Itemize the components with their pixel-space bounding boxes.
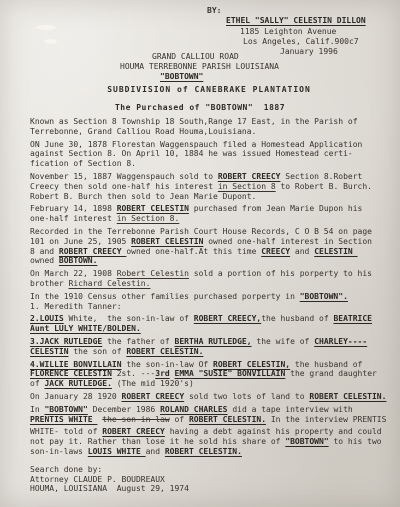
text-run: sold two lots of land to — [184, 392, 309, 401]
text-run: 1. Meredith Tanner: — [30, 302, 122, 311]
emphasized-name-text: ROBERT CREECY — [218, 172, 281, 181]
text-line: In the 1910 Census other families purcha… — [30, 292, 395, 302]
text-line: Search done by: — [30, 465, 395, 475]
text-line: FLORENCE CELESTIN 2st. ---3rd EMMA "SUSI… — [30, 369, 395, 379]
text-run: the husband of — [261, 314, 333, 323]
text-line: 1. Meredith Tanner: — [30, 302, 395, 312]
text-run: Creecy then sold one-half his interest — [30, 182, 218, 191]
text-line: Attorney CLAUDE P. BOUDREAUX — [30, 475, 395, 485]
paragraph: 3.JACK RUTLEDGE the father of BERTHA RUT… — [30, 337, 395, 357]
text-line: PRENTIS WHITE the son-in law of ROBERT C… — [30, 415, 395, 425]
paper-blemish — [44, 39, 57, 44]
document-body: Known as Section 8 Township 18 South,Ran… — [30, 117, 395, 497]
text-line: 2.LOUIS White, the son-in-law of ROBERT … — [30, 314, 395, 324]
text-line: son-in-laws LOUIS WHITE and ROBERT CELES… — [30, 447, 395, 457]
emphasized-name-text: ROLAND CHARLES — [160, 405, 227, 414]
text-run: the father of — [102, 337, 174, 346]
emphasized-name-text: BEATRICE — [333, 314, 372, 323]
text-run: On March 22, 1908 — [30, 269, 117, 278]
emphasized-name-text: ROBERT CELESTIN. — [165, 447, 242, 456]
document-title: SUBDIVISION of CANEBRAKE PLANTATION — [0, 85, 400, 94]
text-run: owned one-half.At this time — [126, 247, 261, 256]
address-line-1: 1185 Leighton Avenue — [240, 27, 336, 36]
text-line: Known as Section 8 Township 18 South,Ran… — [30, 117, 395, 127]
text-line: 3.JACK RUTLEDGE the father of BERTHA RUT… — [30, 337, 395, 347]
text-line: Aunt LULY WHITE/BOLDEN. — [30, 324, 395, 334]
text-line: 4.WILLIE BONVILLAIN the son-in-law Of RO… — [30, 360, 395, 370]
text-run: Attorney CLAUDE P. BOUDREAUX — [30, 475, 165, 484]
emphasized-name-text: "BOBTOWN" — [44, 405, 87, 414]
text-run: the wife of — [252, 337, 315, 346]
emphasized-name-text: ROBERT CELESTIN, — [213, 360, 290, 369]
text-line: Creecy then sold one-half his interest i… — [30, 182, 395, 192]
text-line: one-half interest in Section 8. — [30, 214, 395, 224]
by-label: BY: — [207, 6, 221, 15]
text-run: not pay it. Rather than lose it he sold … — [30, 437, 285, 446]
text-line: Terrebonne, Grand Calliou Road Houma,Lou… — [30, 127, 395, 137]
emphasized-name-text: ROBERT CELESTIN. — [189, 415, 266, 424]
text-run: Search done by: — [30, 465, 102, 474]
emphasized-name-text: 4.WILLIE BONVILLAIN — [30, 360, 122, 369]
text-line: fication of Section 8. — [30, 159, 395, 169]
emphasized-name-text: ROBERT CELESTIN — [131, 237, 203, 246]
text-run: 8 and — [30, 247, 59, 256]
paragraph: Known as Section 8 Township 18 South,Ran… — [30, 117, 395, 137]
paragraph: Search done by:Attorney CLAUDE P. BOUDRE… — [30, 465, 395, 494]
emphasized-name-text: ROBERT CREECY — [102, 427, 165, 436]
emphasized-name-text: CELESTIN — [314, 247, 357, 256]
emphasized-name-text: CELESTIN — [30, 347, 69, 356]
text-run: December 1986 — [88, 405, 160, 414]
text-run: Known as Section 8 Township 18 South,Ran… — [30, 117, 358, 126]
text-run: Recorded in the Terrebonne Parish Court … — [30, 227, 372, 236]
emphasized-name-text: LOUIS WHITE — [88, 447, 146, 456]
text-run: (The mid 1920's) — [112, 379, 194, 388]
text-run: and — [290, 247, 314, 256]
address-line-2: Los Angeles, Calif.900c7 — [243, 37, 359, 46]
text-run: the son of — [69, 347, 127, 356]
text-run: 2st. --- — [112, 369, 155, 378]
emphasized-name-text: BOBTOWN. — [59, 256, 98, 265]
text-run: having a debt against his property and c… — [165, 427, 382, 436]
text-run: In the interview PRENTIS — [266, 415, 386, 424]
emphasized-name-text: Aunt LULY WHITE/BOLDEN. — [30, 324, 141, 333]
text-line: 101 on June 25, 1905 ROBERT CELESTIN own… — [30, 237, 395, 247]
text-run: to his two — [329, 437, 382, 446]
text-line: brother Richard Celestin. — [30, 279, 395, 289]
text-line: February 14, 1898 ROBERT CELESTIN purcha… — [30, 204, 395, 214]
paper-blemish — [36, 25, 56, 30]
text-run: owned one-half interest in Section — [203, 237, 372, 246]
paragraph: WHITE- told of ROBERT CREECY having a de… — [30, 427, 395, 456]
emphasized-name-text: ROBERT CREECY — [59, 247, 126, 256]
document-subtitle: The Purchased of "BOBTOWN" 1887 — [0, 103, 400, 112]
location-line-2: HOUMA TERREBONNE PARISH LOUISIANA — [120, 62, 279, 71]
paragraph: On January 28 1920 ROBERT CREECY sold tw… — [30, 392, 395, 402]
text-run: February 14, 1898 — [30, 204, 117, 213]
emphasized-name-text: in Section 8. — [117, 214, 180, 223]
paragraph: On March 22, 1908 Robert Celestin sold a… — [30, 269, 395, 289]
text-line: of JACK RUTLEDGE. (The mid 1920's) — [30, 379, 395, 389]
text-run: November 15, 1887 Waggenspauch sold to — [30, 172, 218, 181]
emphasized-name-text: BERTHA RUTLEDGE, — [175, 337, 252, 346]
location-line-1: GRAND CALLIOU ROAD — [152, 52, 239, 61]
text-run: against Section 8. On April 10, 1884 he … — [30, 149, 353, 158]
text-line: owned BOBTOWN. — [30, 256, 395, 266]
text-line: On March 22, 1908 Robert Celestin sold a… — [30, 269, 395, 279]
text-run: of — [30, 379, 44, 388]
text-run: fication of Section 8. — [30, 159, 136, 168]
emphasized-name-text: EMMA "SUSIE" BONVILLAIN — [175, 369, 286, 378]
emphasized-name-text: FLORENCE CELESTIN — [30, 369, 112, 378]
emphasized-name-text: JACK RUTLEDGE. — [44, 379, 111, 388]
emphasized-name-text: 3rd — [155, 369, 169, 378]
emphasized-name-text: 3.JACK RUTLEDGE — [30, 337, 102, 346]
emphasized-name-text: ROBERT CREECY, — [194, 314, 261, 323]
text-run: On January 28 1920 — [30, 392, 122, 401]
paragraph: Recorded in the Terrebonne Parish Court … — [30, 227, 395, 266]
text-line: Recorded in the Terrebonne Parish Court … — [30, 227, 395, 237]
paragraph: 4.WILLIE BONVILLAIN the son-in-law Of RO… — [30, 360, 395, 389]
text-run: to Robert B. Burch. — [276, 182, 372, 191]
text-run: the husband of — [290, 360, 362, 369]
text-run: In — [30, 405, 44, 414]
emphasized-name-text: ROBERT CREECY — [122, 392, 185, 401]
location-line-3: "BOBTOWN" — [160, 72, 203, 81]
text-run: ON June 30, 1878 Florestan Waggenspauch … — [30, 140, 362, 149]
text-line: CELESTIN the son of ROBERT CELESTIN. — [30, 347, 395, 357]
text-run: Terrebonne, Grand Calliou Road Houma,Lou… — [30, 127, 256, 136]
text-run: of — [170, 415, 189, 424]
text-run: Robert B. Burch then sold to Jean Marie … — [30, 192, 256, 201]
document-date: January 1996 — [280, 47, 338, 56]
paragraph: In the 1910 Census other families purcha… — [30, 292, 395, 312]
text-run: son-in-laws — [30, 447, 88, 456]
emphasized-name-text: CHARLEY---- — [314, 337, 367, 346]
text-line: Robert B. Burch then sold to Jean Marie … — [30, 192, 395, 202]
paragraph: In "BOBTOWN" December 1986 ROLAND CHARLE… — [30, 405, 395, 425]
emphasized-name-text: ROBERT CELESTIN — [117, 204, 189, 213]
text-run: the grand daughter — [285, 369, 377, 378]
emphasized-name-text: "BOBTOWN". — [300, 292, 348, 301]
paragraph: ON June 30, 1878 Florestan Waggenspauch … — [30, 140, 395, 169]
paragraph: 2.LOUIS White, the son-in-law of ROBERT … — [30, 314, 395, 334]
emphasized-name-text: "BOBTOWN" — [285, 437, 328, 446]
text-line: On January 28 1920 ROBERT CREECY sold tw… — [30, 392, 395, 402]
text-run: In the 1910 Census other families purcha… — [30, 292, 300, 301]
text-run: did a tape interview with — [228, 405, 353, 414]
paragraph: February 14, 1898 ROBERT CELESTIN purcha… — [30, 204, 395, 224]
text-line: 8 and ROBERT CREECY owned one-half.At th… — [30, 247, 395, 257]
emphasized-name-text: Richard Celestin. — [69, 279, 151, 288]
emphasized-name-text: 2.LOUIS — [30, 314, 64, 323]
text-run: HOUMA, LOUISIANA August 29, 1974 — [30, 484, 189, 493]
text-line: WHITE- told of ROBERT CREECY having a de… — [30, 427, 395, 437]
text-run: brother — [30, 279, 69, 288]
struck-text: the son-in law — [102, 415, 169, 424]
emphasized-name-text: ROBERT CELESTIN. — [126, 347, 203, 356]
paragraph: November 15, 1887 Waggenspauch sold to R… — [30, 172, 395, 201]
text-run: sold a portion of his porperty to his — [189, 269, 372, 278]
text-run: 101 on June 25, 1905 — [30, 237, 131, 246]
text-line: November 15, 1887 Waggenspauch sold to R… — [30, 172, 395, 182]
emphasized-name-text: CREECY — [261, 247, 290, 256]
emphasized-name-text: in Section 8 — [218, 182, 276, 191]
text-line: ON June 30, 1878 Florestan Waggenspauch … — [30, 140, 395, 150]
text-run: Section 8.Robert — [280, 172, 362, 181]
text-run: the son-in-law Of — [122, 360, 214, 369]
emphasized-name-text: ROBERT CELESTIN. — [309, 392, 386, 401]
text-line: In "BOBTOWN" December 1986 ROLAND CHARLE… — [30, 405, 395, 415]
text-run: purchased from Jean Marie Dupon his — [189, 204, 362, 213]
text-run: one-half interest — [30, 214, 117, 223]
emphasized-name-text: PRENTIS WHITE — [30, 415, 97, 424]
text-line: HOUMA, LOUISIANA August 29, 1974 — [30, 484, 395, 494]
text-run: owned — [30, 256, 59, 265]
text-run: White, the son-in-law of — [64, 314, 194, 323]
emphasized-name-text: Robert Celestin — [117, 269, 189, 278]
scanned-document-page: BY: ETHEL "SALLY" CELESTIN DILLON 1185 L… — [0, 0, 400, 507]
text-run: and — [146, 447, 165, 456]
author-name: ETHEL "SALLY" CELESTIN DILLON — [226, 16, 366, 25]
text-run: WHITE- told of — [30, 427, 102, 436]
text-line: not pay it. Rather than lose it he sold … — [30, 437, 395, 447]
text-line: against Section 8. On April 10, 1884 he … — [30, 149, 395, 159]
